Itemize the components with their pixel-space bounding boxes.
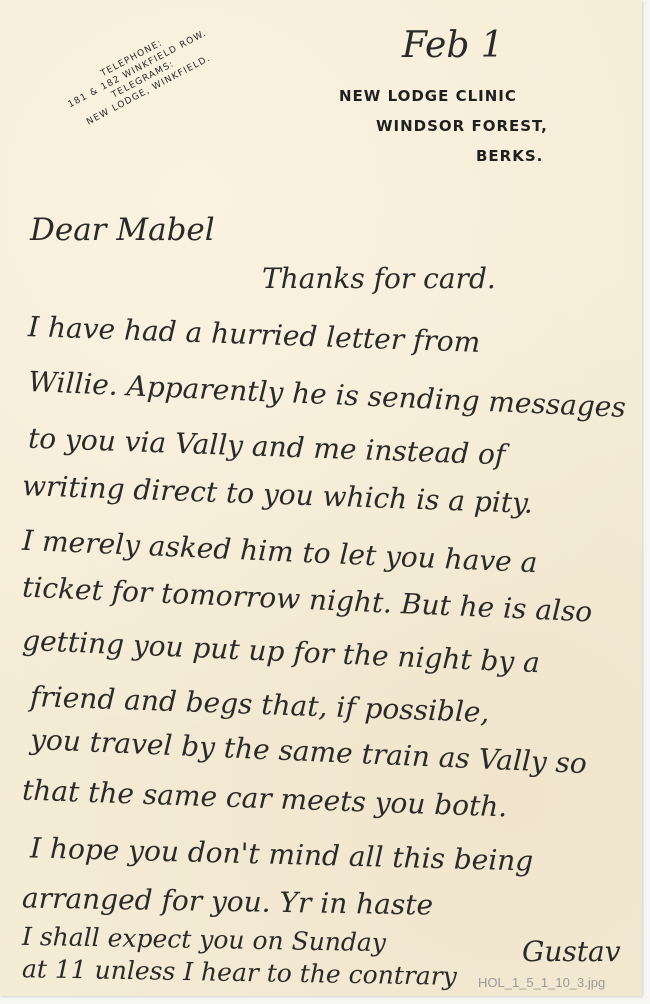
letter-line: friend and begs that, if possible, xyxy=(30,680,490,729)
letter-line: ticket for tomorrow night. But he is als… xyxy=(22,571,593,629)
letterhead-contact-block: TELEPHONE: 181 & 182 WINKFIELD ROW. TELE… xyxy=(32,2,249,148)
letter-signature: Gustav xyxy=(522,935,621,968)
letter-page: TELEPHONE: 181 & 182 WINKFIELD ROW. TELE… xyxy=(0,0,642,996)
letter-line: Thanks for card. xyxy=(262,262,496,295)
letter-date: Feb 1 xyxy=(402,25,504,66)
image-filename-label: HOL_1_5_1_10_3.jpg xyxy=(478,975,605,990)
letter-line: to you via Vally and me instead of xyxy=(28,422,506,472)
letterhead-address-line-2: WINDSOR FOREST, xyxy=(376,117,548,135)
letter-line: I shall expect you on Sunday xyxy=(22,922,386,957)
letter-line: getting you put up for the night by a xyxy=(22,624,541,680)
letter-line: at 11 unless I hear to the contrary xyxy=(22,954,457,991)
letter-line: Willie. Apparently he is sending message… xyxy=(28,365,627,424)
telegrams-label: TELEGRAMS: xyxy=(43,23,243,137)
letter-line: you travel by the same train as Vally so xyxy=(30,723,588,780)
letter-line: writing direct to you which is a pity. xyxy=(22,469,534,520)
letter-line: that the same car meets you both. xyxy=(22,774,508,824)
letter-line: I hope you don't mind all this being xyxy=(30,831,534,877)
letter-greeting: Dear Mabel xyxy=(30,212,215,248)
letterhead-address-line-1: NEW LODGE CLINIC xyxy=(339,87,517,105)
letter-line: I have had a hurried letter from xyxy=(28,310,481,359)
telephone-value: 181 & 182 WINKFIELD ROW. xyxy=(38,12,238,126)
letter-line: arranged for you. Yr in haste xyxy=(22,881,434,921)
letterhead-address-line-3: BERKS. xyxy=(476,147,543,165)
letter-line: I merely asked him to let you have a xyxy=(22,524,539,579)
